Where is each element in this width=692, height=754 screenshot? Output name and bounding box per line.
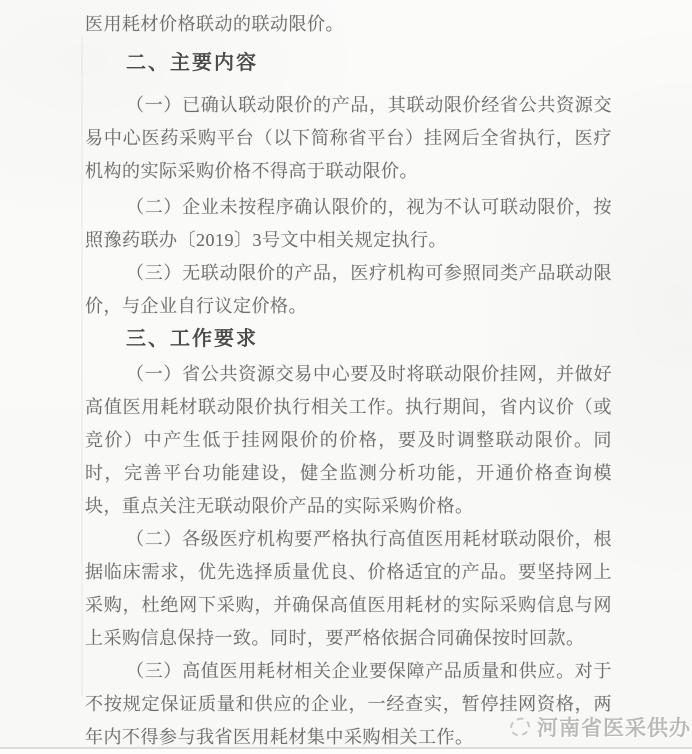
document-line: （一）已确认联动限价的产品，其联动限价经省公共资源交: [85, 89, 612, 122]
document-line: （一）省公共资源交易中心要及时将联动限价挂网，并做好: [85, 358, 612, 391]
document-line: 上采购信息保持一致。同时，要严格依据合同确保按时回款。: [85, 622, 612, 655]
bottom-margin: [0, 749, 692, 754]
document-line: 价，与企业自行议定价格。: [85, 290, 612, 323]
scan-fold-artifact: [81, 36, 83, 696]
document-line: （三）无联动限价的产品，医疗机构可参照同类产品联动限: [85, 257, 612, 290]
document-line: （二）企业未按程序确认限价的，视为不认可联动限价，按: [85, 191, 612, 224]
scanned-document-page: 医用耗材价格联动的联动限价。 二、主要内容 （一）已确认联动限价的产品，其联动限…: [0, 0, 692, 754]
document-line: 竞价）中产生低于挂网限价的价格，要及时调整联动限价。同: [85, 424, 612, 457]
document-line: （二）各级医疗机构要严格执行高值医用耗材联动限价，根: [85, 523, 612, 556]
document-line: 易中心医药采购平台（以下简称省平台）挂网后全省执行，医疗: [85, 122, 612, 155]
document-line: 时，完善平台功能建设，健全监测分析功能，开通价格查询模: [85, 457, 612, 490]
document-line: 医用耗材价格联动的联动限价。: [85, 8, 612, 41]
document-line: 照豫药联办〔2019〕3号文中相关规定执行。: [85, 224, 612, 257]
document-body: 医用耗材价格联动的联动限价。 二、主要内容 （一）已确认联动限价的产品，其联动限…: [85, 0, 612, 754]
document-line: 采购，杜绝网下采购，并确保高值医用耗材的实际采购信息与网: [85, 589, 612, 622]
document-line: 块，重点关注无联动限价产品的实际采购价格。: [85, 490, 612, 523]
document-line: 不按规定保证质量和供应的企业，一经查实，暂停挂网资格，两: [85, 688, 612, 721]
document-line: 据临床需求，优先选择质量优良、价格适宜的产品。要坚持网上: [85, 556, 612, 589]
document-line: 高值医用耗材联动限价执行相关工作。执行期间，省内议价（或: [85, 391, 612, 424]
section-heading: 二、主要内容: [85, 47, 612, 80]
document-line: 机构的实际采购价格不得高于联动限价。: [85, 155, 612, 188]
document-line: （三）高值医用耗材相关企业要保障产品质量和供应。对于: [85, 655, 612, 688]
section-heading: 三、工作要求: [85, 323, 612, 356]
